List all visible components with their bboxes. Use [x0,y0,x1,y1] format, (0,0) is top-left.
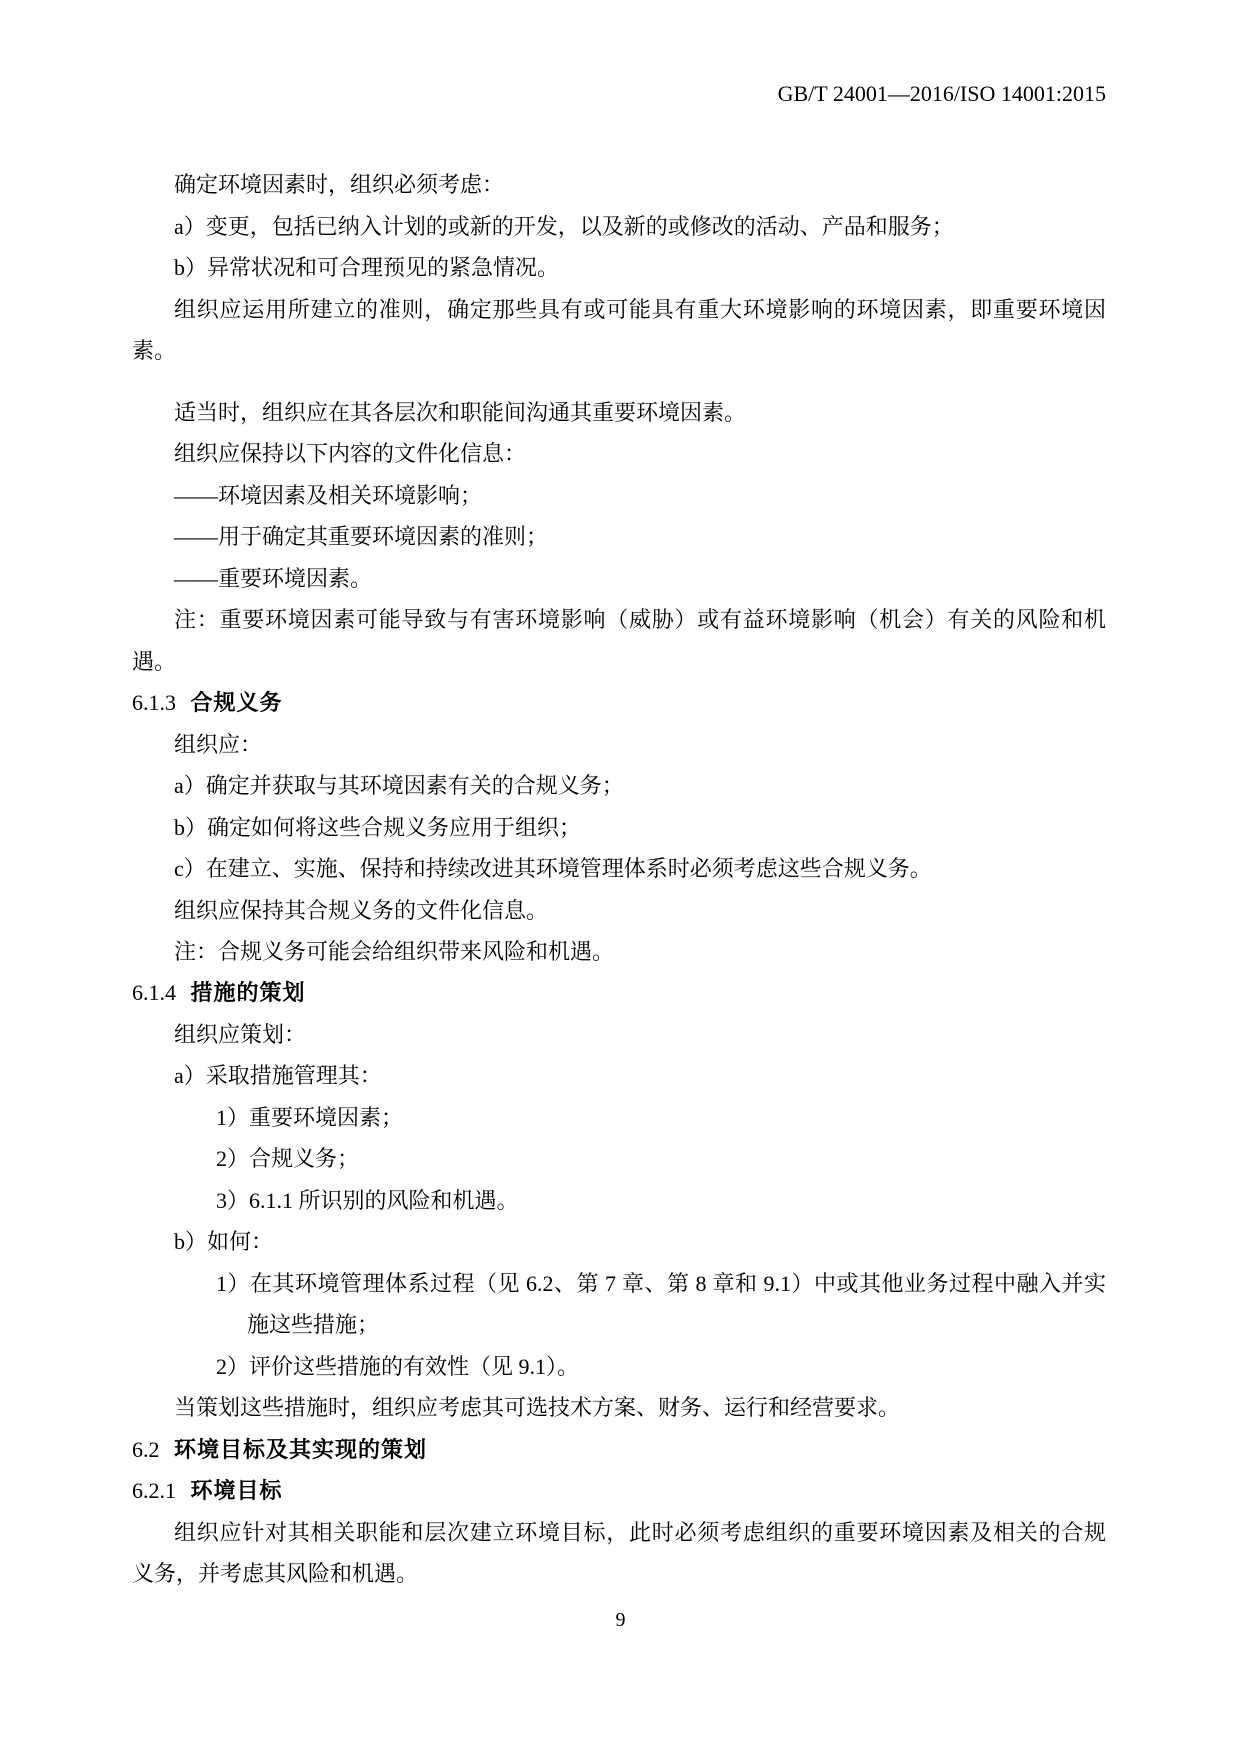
lettered-item-c: c）在建立、实施、保持和持续改进其环境管理体系时必须考虑这些合规义务。 [174,853,932,885]
dash-list-item: ——重要环境因素。 [174,563,372,595]
dash-list-item: ——用于确定其重要环境因素的准则； [174,521,548,553]
note-line: 注：合规义务可能会给组织带来风险和机遇。 [174,936,614,968]
paragraph-line: 组织应保持其合规义务的文件化信息。 [174,895,548,927]
numbered-item-1: 1）在其环境管理体系过程（见 6.2、第 7 章、第 8 章和 9.1）中或其他… [216,1268,1106,1300]
heading-title: 措施的策划 [191,980,306,1005]
numbered-item-3: 3）6.1.1 所识别的风险和机遇。 [216,1185,519,1217]
paragraph-line: 当策划这些措施时，组织应考虑其可选技术方案、财务、运行和经营要求。 [174,1392,900,1424]
lettered-item-a: a）确定并获取与其环境因素有关的合规义务； [174,770,624,802]
paragraph-line: 组织应策划： [174,1019,306,1051]
numbered-item-1: 1）重要环境因素； [216,1102,403,1134]
paragraph-line: 组织应保持以下内容的文件化信息： [174,438,526,470]
page-number: 9 [0,1604,1241,1636]
lettered-item-b: b）如何： [174,1226,273,1258]
heading-number: 6.1.3 [132,690,176,715]
continuation-line: 素。 [132,335,176,367]
heading-title: 环境目标 [191,1478,283,1503]
lettered-item-a: a）采取措施管理其： [174,1060,382,1092]
heading-title: 环境目标及其实现的策划 [174,1437,427,1462]
dash-list-item: ——环境因素及相关环境影响； [174,480,482,512]
document-page: GB/T 24001—2016/ISO 14001:2015 确定环境因素时，组… [0,0,1241,1755]
numbered-item-2: 2）合规义务； [216,1143,359,1175]
heading-number: 6.2 [132,1437,160,1462]
lettered-item-b: b）确定如何将这些合规义务应用于组织； [174,812,581,844]
heading-number: 6.2.1 [132,1478,176,1503]
lettered-item-b: b）异常状况和可合理预见的紧急情况。 [174,252,559,284]
paragraph-line: 组织应针对其相关职能和层次建立环境目标，此时必须考虑组织的重要环境因素及相关的合… [174,1517,1106,1549]
continuation-line: 施这些措施； [247,1309,379,1341]
paragraph-line: 组织应： [174,729,262,761]
numbered-item-2: 2）评价这些措施的有效性（见 9.1）。 [216,1351,579,1383]
lettered-item-a: a）变更，包括已纳入计划的或新的开发，以及新的或修改的活动、产品和服务； [174,211,954,243]
heading-number: 6.1.4 [132,980,176,1005]
continuation-line: 遇。 [132,646,176,678]
note-line: 注：重要环境因素可能导致与有害环境影响（威胁）或有益环境影响（机会）有关的风险和… [174,604,1106,636]
heading-6-1-4: 6.1.4 措施的策划 [132,977,306,1009]
continuation-line: 义务，并考虑其风险和机遇。 [132,1558,418,1590]
heading-6-2: 6.2 环境目标及其实现的策划 [132,1434,427,1466]
standard-number-header: GB/T 24001—2016/ISO 14001:2015 [778,79,1106,109]
paragraph-line: 适当时，组织应在其各层次和职能间沟通其重要环境因素。 [174,397,746,429]
heading-title: 合规义务 [191,690,283,715]
paragraph-line: 组织应运用所建立的准则，确定那些具有或可能具有重大环境影响的环境因素，即重要环境… [174,294,1106,326]
heading-6-1-3: 6.1.3 合规义务 [132,687,283,719]
paragraph-line: 确定环境因素时，组织必须考虑： [174,169,504,201]
heading-6-2-1: 6.2.1 环境目标 [132,1475,283,1507]
